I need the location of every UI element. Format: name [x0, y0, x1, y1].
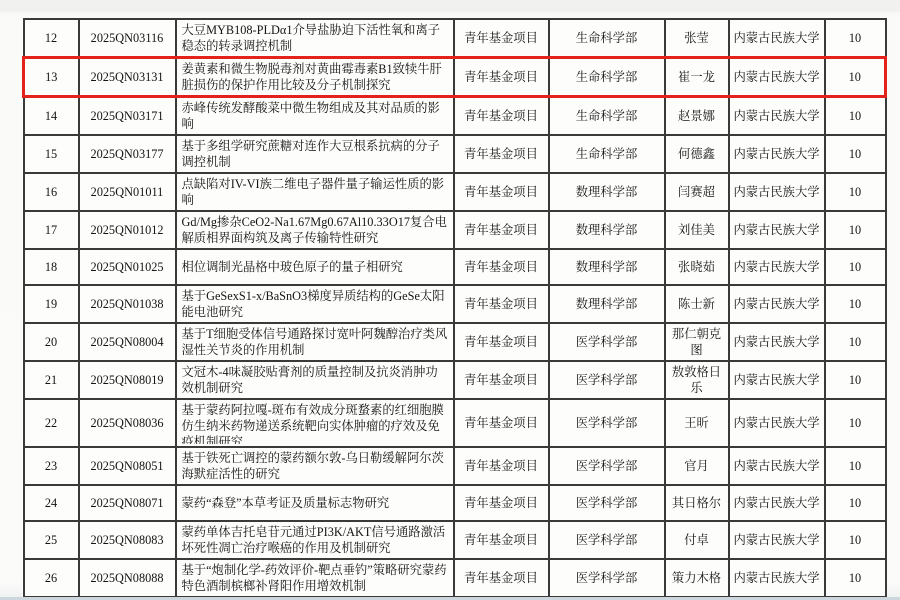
- row-number-cell: 25: [24, 521, 79, 559]
- amount-cell-text: 10: [828, 222, 883, 238]
- project-code-cell-text: 2025QN03116: [82, 30, 173, 46]
- project-code-cell: 2025QN08004: [79, 323, 176, 361]
- project-code-cell: 2025QN08051: [79, 447, 176, 485]
- project-code-cell: 2025QN01025: [79, 249, 176, 285]
- department-cell-text: 医学科学部: [552, 415, 662, 431]
- project-title-cell: 基于铁死亡调控的蒙药额尔敦-乌日勒缓解阿尔茨海默症活性的研究: [176, 447, 454, 485]
- leader-cell: 张晓茹: [665, 249, 729, 285]
- project-title-cell: 基于多组学研究蔗糖对连作大豆根系抗病的分子调控机制: [176, 135, 454, 173]
- project-code-cell-text: 2025QN08088: [82, 570, 173, 586]
- institution-cell-text: 内蒙古民族大学: [732, 532, 822, 548]
- project-code-cell: 2025QN03116: [79, 19, 176, 58]
- table-row: 222025QN08036基于蒙药阿拉嘎-斑布有效成分斑蝥素的红细胞膜仿生纳米药…: [24, 399, 886, 447]
- category-cell: 青年基金项目: [454, 249, 549, 285]
- leader-cell: 何德鑫: [665, 135, 729, 173]
- institution-cell: 内蒙古民族大学: [729, 559, 825, 597]
- project-title-cell-text: 赤峰传统发酵酸菜中微生物组成及其对品质的影响: [182, 100, 448, 132]
- project-code-cell: 2025QN08083: [79, 521, 176, 559]
- institution-cell-text: 内蒙古民族大学: [732, 30, 822, 46]
- row-number-cell-text: 17: [27, 222, 76, 238]
- department-cell: 医学科学部: [549, 323, 665, 361]
- institution-cell: 内蒙古民族大学: [729, 521, 825, 559]
- institution-cell-text: 内蒙古民族大学: [732, 495, 822, 511]
- leader-cell: 策力木格: [665, 559, 729, 597]
- row-number-cell-text: 26: [27, 570, 76, 586]
- row-number-cell-text: 19: [27, 296, 76, 312]
- category-cell: 青年基金项目: [454, 559, 549, 597]
- amount-cell-text: 10: [828, 296, 883, 312]
- amount-cell: 10: [825, 485, 886, 521]
- project-code-cell-text: 2025QN01012: [82, 222, 173, 238]
- project-title-cell-text: 基于“炮制化学-药效评价-靶点垂钓”策略研究蒙药特色酒制槟榔补肾阳作用增效机制: [182, 562, 448, 594]
- category-cell: 青年基金项目: [454, 323, 549, 361]
- department-cell: 生命科学部: [549, 19, 665, 58]
- institution-cell-text: 内蒙古民族大学: [732, 108, 822, 124]
- project-code-cell-text: 2025QN08019: [82, 372, 173, 388]
- amount-cell: 10: [825, 361, 886, 399]
- project-code-cell: 2025QN01038: [79, 285, 176, 323]
- row-number-cell-text: 25: [27, 532, 76, 548]
- row-number-cell: 24: [24, 485, 79, 521]
- table-row: 232025QN08051基于铁死亡调控的蒙药额尔敦-乌日勒缓解阿尔茨海默症活性…: [24, 447, 886, 485]
- amount-cell-text: 10: [828, 495, 883, 511]
- table-row: 172025QN01012Gd/Mg掺杂CeO2-Na1.67Mg0.67Al1…: [24, 211, 886, 249]
- institution-cell: 内蒙古民族大学: [729, 173, 825, 211]
- amount-cell: 10: [825, 19, 886, 58]
- leader-cell: 其日格尔: [665, 485, 729, 521]
- department-cell-text: 医学科学部: [552, 495, 662, 511]
- row-number-cell-text: 20: [27, 334, 76, 350]
- project-title-cell-text: 文冠木-4味凝胶贴膏剂的质量控制及抗炎消肿功效机制研究: [182, 364, 448, 396]
- project-code-cell-text: 2025QN03131: [82, 69, 173, 85]
- category-cell-text: 青年基金项目: [457, 296, 546, 312]
- table-row: 192025QN01038基于GeSexS1-x/BaSnO3梯度异质结构的Ge…: [24, 285, 886, 323]
- category-cell-text: 青年基金项目: [457, 532, 546, 548]
- leader-cell-text: 官月: [668, 458, 726, 474]
- amount-cell-text: 10: [828, 415, 883, 431]
- leader-cell-text: 那仁朝克图: [668, 326, 726, 358]
- table-row: 212025QN08019文冠木-4味凝胶贴膏剂的质量控制及抗炎消肿功效机制研究…: [24, 361, 886, 399]
- scanned-document-page: 122025QN03116大豆MYB108-PLDα1介导盐胁迫下活性氧和离子稳…: [0, 0, 900, 600]
- project-code-cell-text: 2025QN01011: [82, 184, 173, 200]
- institution-cell-text: 内蒙古民族大学: [732, 222, 822, 238]
- category-cell: 青年基金项目: [454, 135, 549, 173]
- leader-cell-text: 其日格尔: [668, 495, 726, 511]
- project-title-cell: 点缺陷对IV-VI族二维电子器件量子输运性质的影响: [176, 173, 454, 211]
- department-cell-text: 数理科学部: [552, 296, 662, 312]
- amount-cell-text: 10: [828, 372, 883, 388]
- category-cell: 青年基金项目: [454, 97, 549, 136]
- amount-cell-text: 10: [828, 570, 883, 586]
- leader-cell: 陈士新: [665, 285, 729, 323]
- leader-cell: 敖敦格日乐: [665, 361, 729, 399]
- category-cell: 青年基金项目: [454, 285, 549, 323]
- institution-cell: 内蒙古民族大学: [729, 447, 825, 485]
- department-cell-text: 生命科学部: [552, 146, 662, 162]
- project-code-cell: 2025QN08019: [79, 361, 176, 399]
- amount-cell: 10: [825, 399, 886, 447]
- amount-cell-text: 10: [828, 30, 883, 46]
- project-title-cell-text: Gd/Mg掺杂CeO2-Na1.67Mg0.67Al10.33O17复合电解质相…: [182, 214, 448, 246]
- amount-cell: 10: [825, 447, 886, 485]
- project-title-cell: 大豆MYB108-PLDα1介导盐胁迫下活性氧和离子稳态的转录调控机制: [176, 19, 454, 58]
- leader-cell-text: 张莹: [668, 30, 726, 46]
- institution-cell: 内蒙古民族大学: [729, 323, 825, 361]
- institution-cell: 内蒙古民族大学: [729, 211, 825, 249]
- institution-cell-text: 内蒙古民族大学: [732, 334, 822, 350]
- project-title-cell: 蒙药“森登”本草考证及质量标志物研究: [176, 485, 454, 521]
- category-cell-text: 青年基金项目: [457, 334, 546, 350]
- category-cell-text: 青年基金项目: [457, 495, 546, 511]
- institution-cell: 内蒙古民族大学: [729, 285, 825, 323]
- scan-top-margin: [0, 0, 900, 12]
- project-title-cell-text: 基于T细胞受体信号通路探讨宽叶阿魏醇治疗类风湿性关节炎的作用机制: [182, 326, 448, 358]
- department-cell-text: 生命科学部: [552, 30, 662, 46]
- category-cell: 青年基金项目: [454, 58, 549, 97]
- amount-cell-text: 10: [828, 532, 883, 548]
- project-code-cell: 2025QN08071: [79, 485, 176, 521]
- category-cell-text: 青年基金项目: [457, 30, 546, 46]
- institution-cell-text: 内蒙古民族大学: [732, 458, 822, 474]
- amount-cell: 10: [825, 285, 886, 323]
- leader-cell: 崔一龙: [665, 58, 729, 97]
- department-cell-text: 生命科学部: [552, 108, 662, 124]
- department-cell-text: 数理科学部: [552, 222, 662, 238]
- institution-cell: 内蒙古民族大学: [729, 485, 825, 521]
- table-row: 162025QN01011点缺陷对IV-VI族二维电子器件量子输运性质的影响青年…: [24, 173, 886, 211]
- category-cell-text: 青年基金项目: [457, 259, 546, 275]
- table-row: 252025QN08083蒙药单体吉托皂苷元通过PI3K/AKT信号通路激活坏死…: [24, 521, 886, 559]
- row-number-cell-text: 12: [27, 30, 76, 46]
- leader-cell-text: 陈士新: [668, 296, 726, 312]
- amount-cell: 10: [825, 97, 886, 136]
- project-code-cell: 2025QN08036: [79, 399, 176, 447]
- project-code-cell-text: 2025QN08083: [82, 532, 173, 548]
- leader-cell: 那仁朝克图: [665, 323, 729, 361]
- project-code-cell-text: 2025QN01038: [82, 296, 173, 312]
- institution-cell: 内蒙古民族大学: [729, 249, 825, 285]
- project-title-cell: 文冠木-4味凝胶贴膏剂的质量控制及抗炎消肿功效机制研究: [176, 361, 454, 399]
- leader-cell-text: 崔一龙: [668, 69, 726, 85]
- row-number-cell: 21: [24, 361, 79, 399]
- row-number-cell: 13: [24, 58, 79, 97]
- category-cell-text: 青年基金项目: [457, 222, 546, 238]
- institution-cell: 内蒙古民族大学: [729, 58, 825, 97]
- row-number-cell: 18: [24, 249, 79, 285]
- project-title-cell-text: 蒙药单体吉托皂苷元通过PI3K/AKT信号通路激活坏死性凋亡治疗喉癌的作用及机制…: [182, 524, 448, 556]
- category-cell-text: 青年基金项目: [457, 184, 546, 200]
- row-number-cell: 12: [24, 19, 79, 58]
- institution-cell-text: 内蒙古民族大学: [732, 570, 822, 586]
- institution-cell-text: 内蒙古民族大学: [732, 259, 822, 275]
- table-row: 182025QN01025相位调制光晶格中玻色原子的量子相研究青年基金项目数理科…: [24, 249, 886, 285]
- leader-cell-text: 策力木格: [668, 570, 726, 586]
- category-cell: 青年基金项目: [454, 211, 549, 249]
- project-title-cell: Gd/Mg掺杂CeO2-Na1.67Mg0.67Al10.33O17复合电解质相…: [176, 211, 454, 249]
- project-code-cell-text: 2025QN01025: [82, 259, 173, 275]
- project-title-cell: 基于T细胞受体信号通路探讨宽叶阿魏醇治疗类风湿性关节炎的作用机制: [176, 323, 454, 361]
- amount-cell: 10: [825, 135, 886, 173]
- institution-cell-text: 内蒙古民族大学: [732, 372, 822, 388]
- project-title-cell-text: 蒙药“森登”本草考证及质量标志物研究: [182, 495, 448, 511]
- category-cell-text: 青年基金项目: [457, 69, 546, 85]
- leader-cell-text: 敖敦格日乐: [668, 364, 726, 396]
- projects-table-body: 122025QN03116大豆MYB108-PLDα1介导盐胁迫下活性氧和离子稳…: [24, 19, 886, 597]
- leader-cell: 官月: [665, 447, 729, 485]
- row-number-cell: 17: [24, 211, 79, 249]
- row-number-cell: 20: [24, 323, 79, 361]
- row-number-cell-text: 16: [27, 184, 76, 200]
- row-number-cell-text: 24: [27, 495, 76, 511]
- department-cell: 医学科学部: [549, 399, 665, 447]
- project-title-cell: 姜黄素和微生物脱毒剂对黄曲霉毒素B1致犊牛肝脏损伤的保护作用比较及分子机制探究: [176, 58, 454, 97]
- leader-cell: 张莹: [665, 19, 729, 58]
- leader-cell-text: 王昕: [668, 415, 726, 431]
- institution-cell-text: 内蒙古民族大学: [732, 146, 822, 162]
- department-cell: 数理科学部: [549, 285, 665, 323]
- category-cell: 青年基金项目: [454, 399, 549, 447]
- project-title-cell: 相位调制光晶格中玻色原子的量子相研究: [176, 249, 454, 285]
- institution-cell: 内蒙古民族大学: [729, 399, 825, 447]
- category-cell: 青年基金项目: [454, 361, 549, 399]
- category-cell-text: 青年基金项目: [457, 372, 546, 388]
- department-cell-text: 医学科学部: [552, 372, 662, 388]
- table-row-highlighted: 132025QN03131姜黄素和微生物脱毒剂对黄曲霉毒素B1致犊牛肝脏损伤的保…: [24, 58, 886, 97]
- amount-cell-text: 10: [828, 108, 883, 124]
- department-cell-text: 医学科学部: [552, 458, 662, 474]
- amount-cell: 10: [825, 211, 886, 249]
- row-number-cell-text: 14: [27, 108, 76, 124]
- department-cell: 生命科学部: [549, 135, 665, 173]
- project-code-cell-text: 2025QN08071: [82, 495, 173, 511]
- leader-cell-text: 闫赛超: [668, 184, 726, 200]
- amount-cell-text: 10: [828, 259, 883, 275]
- department-cell-text: 医学科学部: [552, 570, 662, 586]
- department-cell-text: 数理科学部: [552, 184, 662, 200]
- department-cell: 医学科学部: [549, 361, 665, 399]
- project-title-cell: 基于“炮制化学-药效评价-靶点垂钓”策略研究蒙药特色酒制槟榔补肾阳作用增效机制: [176, 559, 454, 597]
- category-cell-text: 青年基金项目: [457, 415, 546, 431]
- amount-cell-text: 10: [828, 334, 883, 350]
- department-cell-text: 医学科学部: [552, 334, 662, 350]
- department-cell: 医学科学部: [549, 485, 665, 521]
- project-title-cell: 基于蒙药阿拉嘎-斑布有效成分斑蝥素的红细胞膜仿生纳米药物递送系统靶向实体肿瘤的疗…: [176, 399, 454, 447]
- table-row: 242025QN08071蒙药“森登”本草考证及质量标志物研究青年基金项目医学科…: [24, 485, 886, 521]
- project-code-cell: 2025QN03177: [79, 135, 176, 173]
- department-cell: 数理科学部: [549, 173, 665, 211]
- leader-cell-text: 付卓: [668, 532, 726, 548]
- row-number-cell: 15: [24, 135, 79, 173]
- row-number-cell: 26: [24, 559, 79, 597]
- project-title-cell-text: 基于GeSexS1-x/BaSnO3梯度异质结构的GeSe太阳能电池研究: [182, 288, 448, 320]
- leader-cell-text: 张晓茹: [668, 259, 726, 275]
- project-title-cell-text: 相位调制光晶格中玻色原子的量子相研究: [182, 259, 448, 275]
- category-cell: 青年基金项目: [454, 485, 549, 521]
- leader-cell-text: 何德鑫: [668, 146, 726, 162]
- department-cell: 医学科学部: [549, 559, 665, 597]
- amount-cell-text: 10: [828, 458, 883, 474]
- amount-cell: 10: [825, 249, 886, 285]
- department-cell: 医学科学部: [549, 447, 665, 485]
- category-cell: 青年基金项目: [454, 447, 549, 485]
- table-row: 262025QN08088基于“炮制化学-药效评价-靶点垂钓”策略研究蒙药特色酒…: [24, 559, 886, 597]
- amount-cell-text: 10: [828, 69, 883, 85]
- amount-cell: 10: [825, 173, 886, 211]
- row-number-cell-text: 22: [27, 415, 76, 431]
- project-code-cell-text: 2025QN08036: [82, 415, 173, 431]
- amount-cell-text: 10: [828, 146, 883, 162]
- project-code-cell: 2025QN03131: [79, 58, 176, 97]
- project-title-cell: 赤峰传统发酵酸菜中微生物组成及其对品质的影响: [176, 97, 454, 136]
- project-title-cell-text: 大豆MYB108-PLDα1介导盐胁迫下活性氧和离子稳态的转录调控机制: [182, 22, 448, 54]
- row-number-cell-text: 15: [27, 146, 76, 162]
- project-title-cell: 蒙药单体吉托皂苷元通过PI3K/AKT信号通路激活坏死性凋亡治疗喉癌的作用及机制…: [176, 521, 454, 559]
- project-code-cell-text: 2025QN03177: [82, 146, 173, 162]
- table-row: 202025QN08004基于T细胞受体信号通路探讨宽叶阿魏醇治疗类风湿性关节炎…: [24, 323, 886, 361]
- department-cell: 生命科学部: [549, 58, 665, 97]
- category-cell-text: 青年基金项目: [457, 146, 546, 162]
- project-title-cell-text: 基于蒙药阿拉嘎-斑布有效成分斑蝥素的红细胞膜仿生纳米药物递送系统靶向实体肿瘤的疗…: [182, 402, 448, 444]
- row-number-cell: 16: [24, 173, 79, 211]
- projects-table: 122025QN03116大豆MYB108-PLDα1介导盐胁迫下活性氧和离子稳…: [22, 18, 887, 598]
- institution-cell-text: 内蒙古民族大学: [732, 296, 822, 312]
- department-cell-text: 医学科学部: [552, 532, 662, 548]
- department-cell: 医学科学部: [549, 521, 665, 559]
- amount-cell: 10: [825, 521, 886, 559]
- institution-cell-text: 内蒙古民族大学: [732, 184, 822, 200]
- project-title-cell-text: 基于多组学研究蔗糖对连作大豆根系抗病的分子调控机制: [182, 138, 448, 170]
- category-cell-text: 青年基金项目: [457, 570, 546, 586]
- category-cell: 青年基金项目: [454, 19, 549, 58]
- row-number-cell: 14: [24, 97, 79, 136]
- project-code-cell-text: 2025QN03171: [82, 108, 173, 124]
- row-number-cell-text: 21: [27, 372, 76, 388]
- department-cell-text: 生命科学部: [552, 69, 662, 85]
- department-cell: 数理科学部: [549, 249, 665, 285]
- department-cell: 生命科学部: [549, 97, 665, 136]
- amount-cell: 10: [825, 323, 886, 361]
- institution-cell-text: 内蒙古民族大学: [732, 415, 822, 431]
- leader-cell: 刘佳美: [665, 211, 729, 249]
- leader-cell: 闫赛超: [665, 173, 729, 211]
- project-code-cell: 2025QN08088: [79, 559, 176, 597]
- amount-cell: 10: [825, 58, 886, 97]
- institution-cell: 内蒙古民族大学: [729, 361, 825, 399]
- table-row: 152025QN03177基于多组学研究蔗糖对连作大豆根系抗病的分子调控机制青年…: [24, 135, 886, 173]
- institution-cell: 内蒙古民族大学: [729, 135, 825, 173]
- category-cell: 青年基金项目: [454, 521, 549, 559]
- row-number-cell-text: 23: [27, 458, 76, 474]
- amount-cell-text: 10: [828, 184, 883, 200]
- project-code-cell: 2025QN01012: [79, 211, 176, 249]
- category-cell-text: 青年基金项目: [457, 458, 546, 474]
- row-number-cell-text: 18: [27, 259, 76, 275]
- row-number-cell: 19: [24, 285, 79, 323]
- project-title-cell-text: 点缺陷对IV-VI族二维电子器件量子输运性质的影响: [182, 176, 448, 208]
- project-code-cell-text: 2025QN08004: [82, 334, 173, 350]
- department-cell-text: 数理科学部: [552, 259, 662, 275]
- leader-cell: 王昕: [665, 399, 729, 447]
- row-number-cell: 22: [24, 399, 79, 447]
- row-number-cell: 23: [24, 447, 79, 485]
- department-cell: 数理科学部: [549, 211, 665, 249]
- project-title-cell: 基于GeSexS1-x/BaSnO3梯度异质结构的GeSe太阳能电池研究: [176, 285, 454, 323]
- leader-cell: 赵景娜: [665, 97, 729, 136]
- institution-cell: 内蒙古民族大学: [729, 97, 825, 136]
- amount-cell: 10: [825, 559, 886, 597]
- institution-cell: 内蒙古民族大学: [729, 19, 825, 58]
- leader-cell-text: 赵景娜: [668, 108, 726, 124]
- institution-cell-text: 内蒙古民族大学: [732, 69, 822, 85]
- project-code-cell-text: 2025QN08051: [82, 458, 173, 474]
- project-code-cell: 2025QN01011: [79, 173, 176, 211]
- category-cell-text: 青年基金项目: [457, 108, 546, 124]
- table-row: 142025QN03171赤峰传统发酵酸菜中微生物组成及其对品质的影响青年基金项…: [24, 97, 886, 136]
- leader-cell: 付卓: [665, 521, 729, 559]
- project-code-cell: 2025QN03171: [79, 97, 176, 136]
- project-title-cell-text: 姜黄素和微生物脱毒剂对黄曲霉毒素B1致犊牛肝脏损伤的保护作用比较及分子机制探究: [182, 61, 448, 93]
- category-cell: 青年基金项目: [454, 173, 549, 211]
- leader-cell-text: 刘佳美: [668, 222, 726, 238]
- project-title-cell-text: 基于铁死亡调控的蒙药额尔敦-乌日勒缓解阿尔茨海默症活性的研究: [182, 450, 448, 482]
- table-row: 122025QN03116大豆MYB108-PLDα1介导盐胁迫下活性氧和离子稳…: [24, 19, 886, 58]
- row-number-cell-text: 13: [27, 69, 76, 85]
